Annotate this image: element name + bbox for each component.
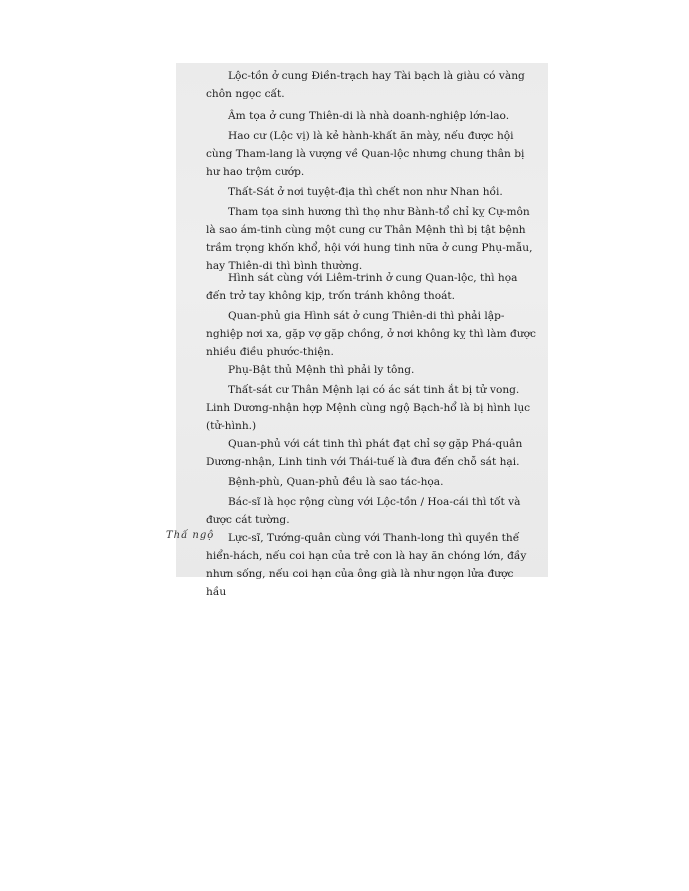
- handwritten-margin-note: Thấ ngộ: [166, 527, 214, 545]
- paragraph: Bệnh-phù, Quan-phủ đều là sao tác-họa.: [206, 473, 536, 491]
- paragraph: Hao cư (Lộc vị) là kẻ hành-khất ăn mày, …: [206, 127, 536, 181]
- paragraph: Bác-sĩ là học rộng cùng với Lộc-tồn / Ho…: [206, 493, 536, 529]
- paragraph: Lực-sĩ, Tướng-quân cùng với Thanh-long t…: [206, 529, 536, 601]
- paragraph: Âm tọa ở cung Thiên-di là nhà doanh-nghi…: [206, 107, 536, 125]
- paragraph: Quan-phủ gia Hình sát ở cung Thiên-di th…: [206, 307, 536, 361]
- paragraph: Phụ-Bật thủ Mệnh thì phải ly tông.: [206, 361, 536, 379]
- paragraph: Quan-phủ với cát tinh thì phát đạt chỉ s…: [206, 435, 536, 471]
- paragraph: Thất-sát cư Thân Mệnh lại có ác sát tinh…: [206, 381, 536, 435]
- paragraph: Thất-Sát ở nơi tuyệt-địa thì chết non nh…: [206, 183, 536, 201]
- scanned-page: Lộc-tồn ở cung Điền-trạch hay Tài bạch l…: [176, 63, 548, 577]
- paragraph: Tham tọa sinh hương thì thọ như Bành-tổ …: [206, 203, 536, 275]
- paragraph: Lộc-tồn ở cung Điền-trạch hay Tài bạch l…: [206, 67, 536, 103]
- paragraph: Hình sát cùng với Liêm-trinh ở cung Quan…: [206, 269, 536, 305]
